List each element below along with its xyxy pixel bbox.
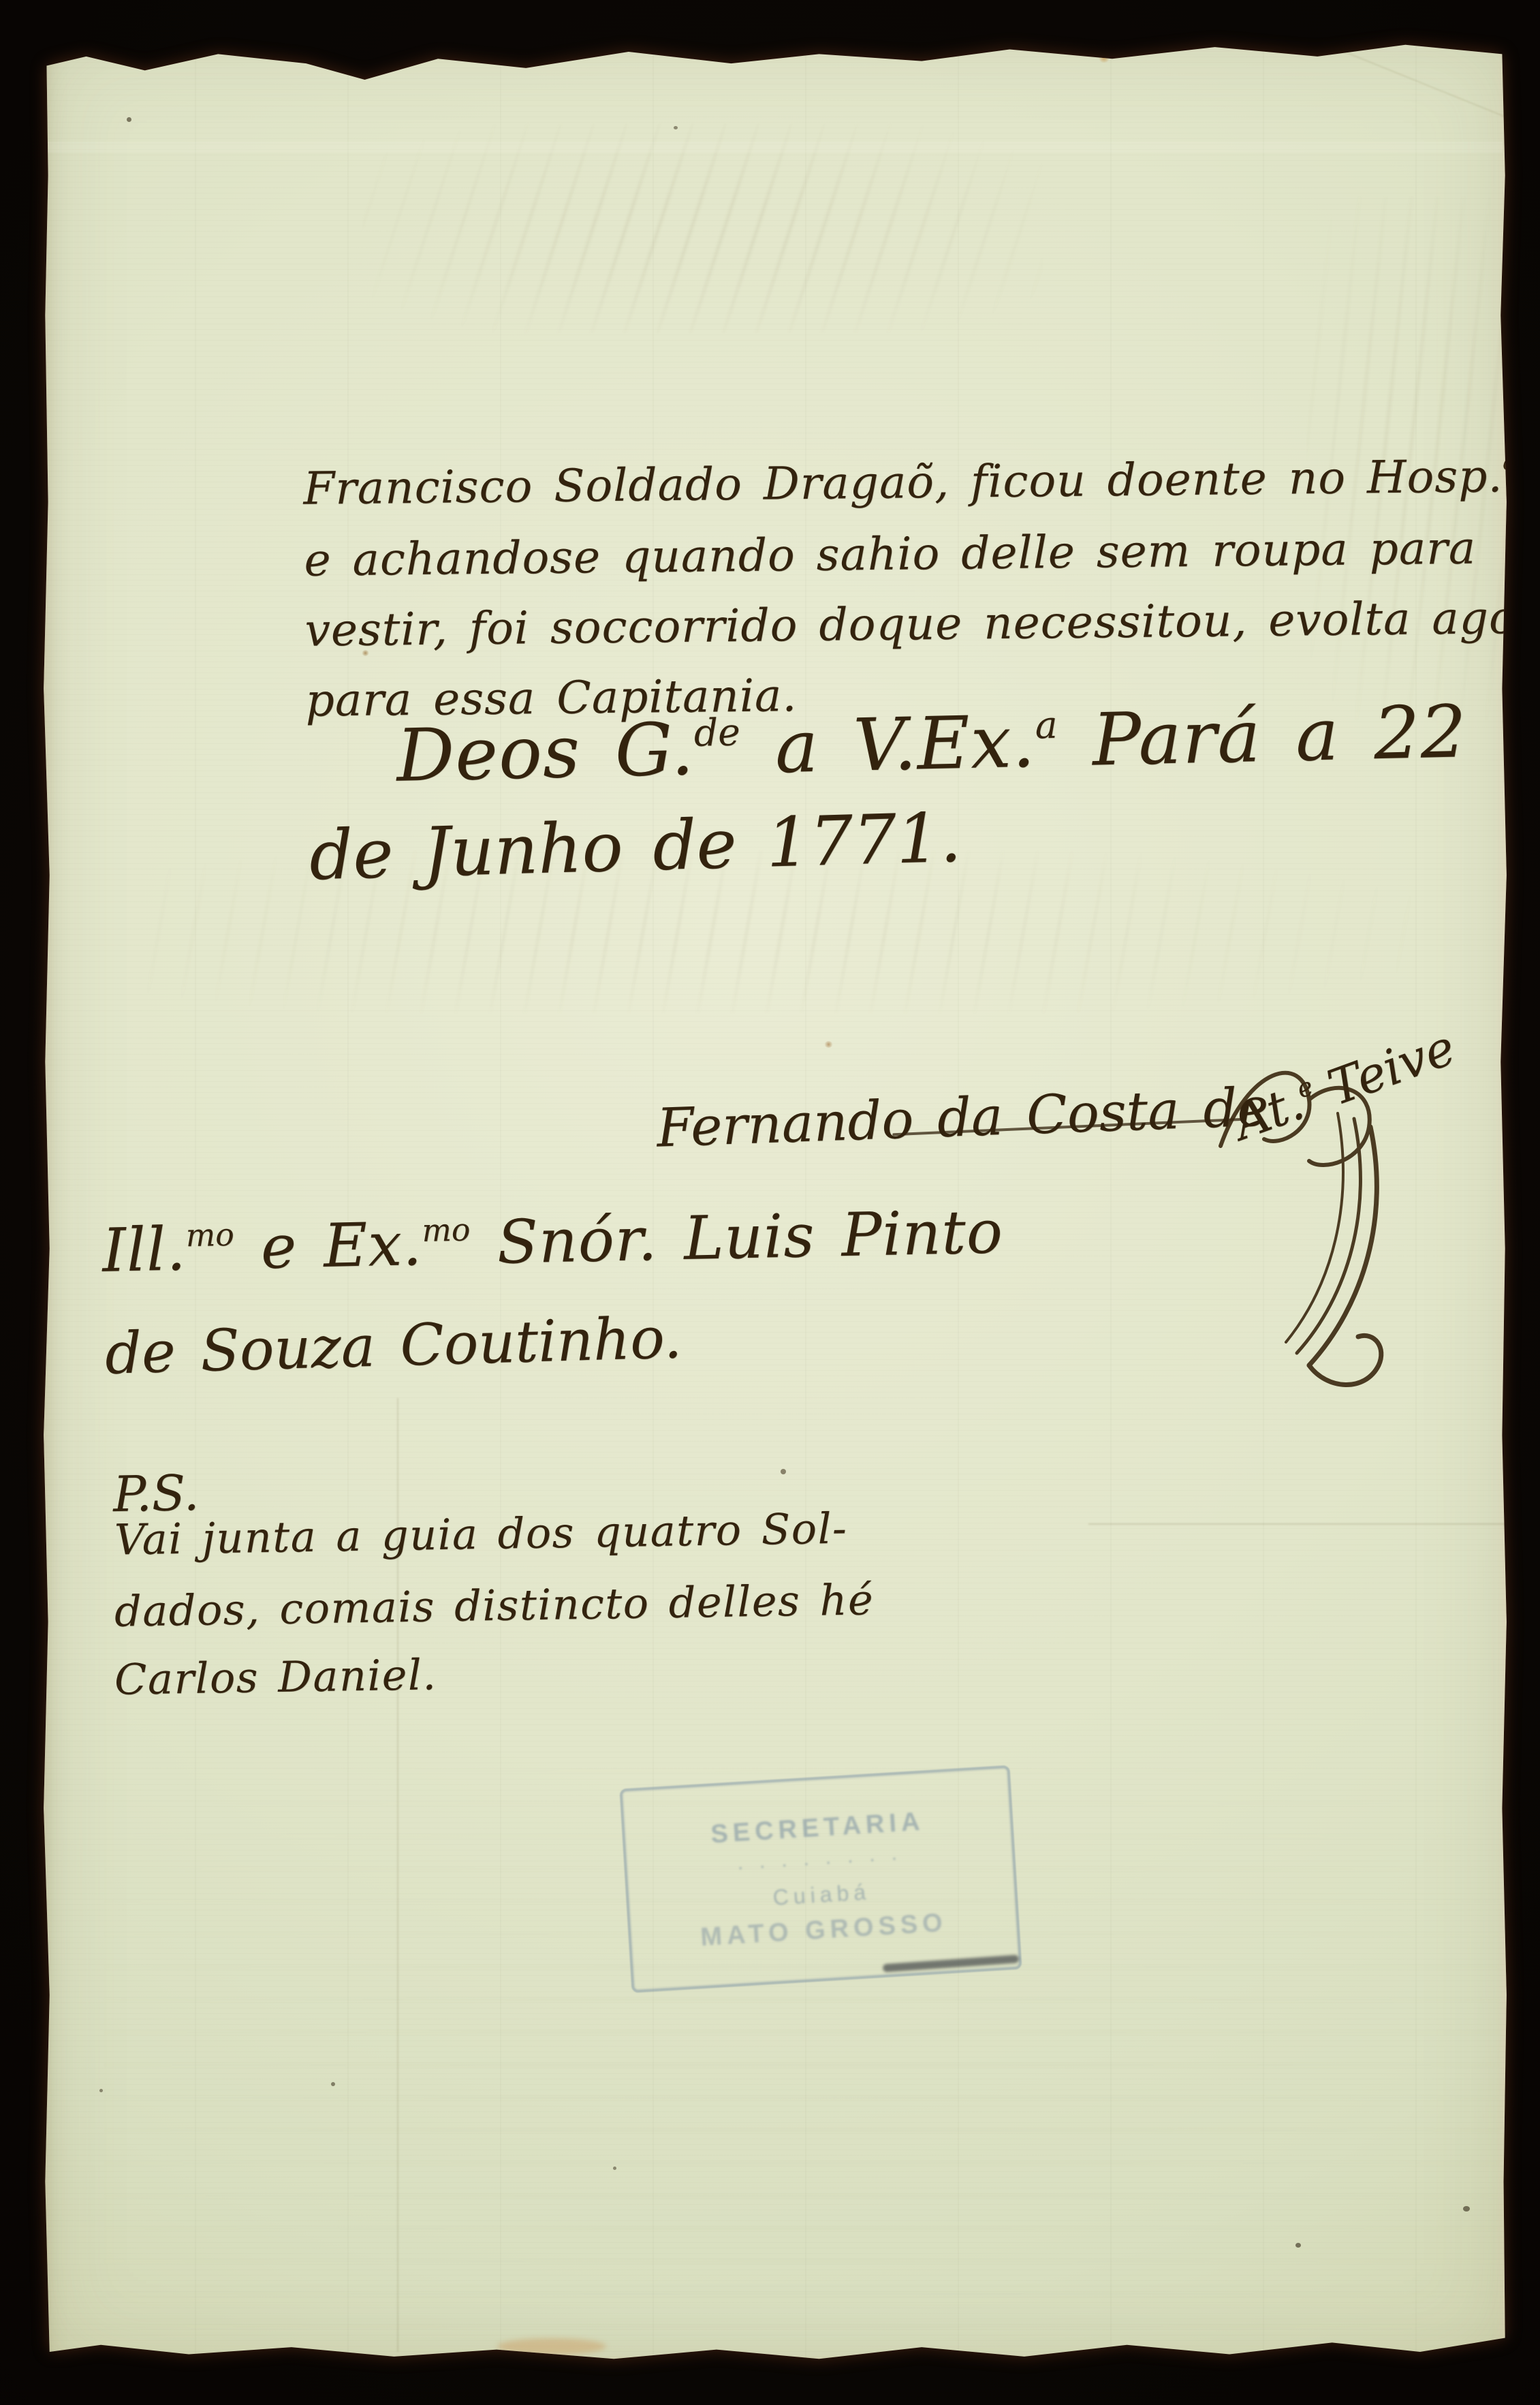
crease-top-band bbox=[45, 142, 1503, 153]
address-exmo: e Ex. bbox=[234, 1209, 423, 1283]
stamp-line-2: · · · · · · · · bbox=[736, 1846, 903, 1879]
foxing-spot bbox=[781, 1469, 786, 1474]
body-line-3: vestir, foi soccorrido doque necessitou,… bbox=[304, 582, 1540, 665]
valediction-place-date: Pará a 22 bbox=[1057, 689, 1468, 783]
letter-sheet-wrap: Francisco Soldado Dragaõ, ficou doente n… bbox=[42, 35, 1508, 2368]
letter-sheet: Francisco Soldado Dragaõ, ficou doente n… bbox=[42, 35, 1508, 2368]
postscript-line-1: Vai junta a guia dos quatro Sol- bbox=[114, 1504, 847, 1565]
bleedthrough-top bbox=[362, 123, 1043, 334]
foxing-spot bbox=[1098, 53, 1110, 63]
address-line-2: de Souza Coutinho. bbox=[104, 1304, 682, 1387]
foxing-stain-bottom bbox=[497, 2338, 606, 2355]
crease-corner-diagonal bbox=[1342, 50, 1533, 128]
foxing-spot bbox=[127, 117, 131, 122]
stamp-line-1: SECRETARIA bbox=[710, 1807, 925, 1849]
date-line: de Junho de 1771. bbox=[309, 798, 962, 896]
valediction-deos: Deos G. bbox=[396, 707, 695, 798]
address-line-1: Ill.mo e Ex.mo Snór. Luis Pinto bbox=[101, 1196, 1004, 1286]
body-line-1-superscript: al bbox=[1503, 448, 1524, 476]
postscript-line-2: dados, comais distincto delles hé bbox=[114, 1574, 874, 1636]
foxing-spot bbox=[331, 2082, 335, 2086]
foxing-spot bbox=[99, 2089, 103, 2092]
postscript-line-3: Carlos Daniel. bbox=[114, 1649, 437, 1704]
body-line-1-text: Francisco Soldado Dragaõ, ficou doente n… bbox=[303, 450, 1503, 514]
foxing-spot bbox=[1463, 2206, 1470, 2212]
valediction-sup-a: a bbox=[1035, 703, 1058, 747]
body-line-1: Francisco Soldado Dragaõ, ficou doente n… bbox=[303, 440, 1540, 525]
letter-body: Francisco Soldado Dragaõ, ficou doente n… bbox=[303, 440, 1540, 735]
crease-horizontal-right bbox=[1088, 1523, 1505, 1525]
stamp-line-4: MATO GROSSO bbox=[700, 1908, 948, 1952]
stamp-line-3: Cuiabá bbox=[772, 1879, 871, 1910]
address-sup-mo-2: mo bbox=[422, 1212, 471, 1249]
signature-name: Fernando da Costa de bbox=[656, 1076, 1270, 1159]
address-name: Snór. Luis Pinto bbox=[470, 1196, 1004, 1277]
scanner-background: Francisco Soldado Dragaõ, ficou doente n… bbox=[0, 0, 1540, 2405]
body-line-2: e achandose quando sahio delle sem roupa… bbox=[304, 512, 1540, 595]
foxing-spot bbox=[824, 1041, 833, 1048]
valediction-vexa: a V.Ex. bbox=[740, 700, 1037, 790]
foxing-spot bbox=[674, 126, 678, 129]
valediction-sup-de: de bbox=[693, 711, 740, 756]
address-illmo: Ill. bbox=[101, 1213, 187, 1286]
address-sup-mo-1: mo bbox=[185, 1217, 234, 1254]
body-line-1-comma: , bbox=[1524, 450, 1539, 502]
signature-paraph-flourish bbox=[1200, 1044, 1473, 1425]
foxing-spot bbox=[1295, 2243, 1301, 2248]
foxing-spot bbox=[613, 2167, 616, 2170]
